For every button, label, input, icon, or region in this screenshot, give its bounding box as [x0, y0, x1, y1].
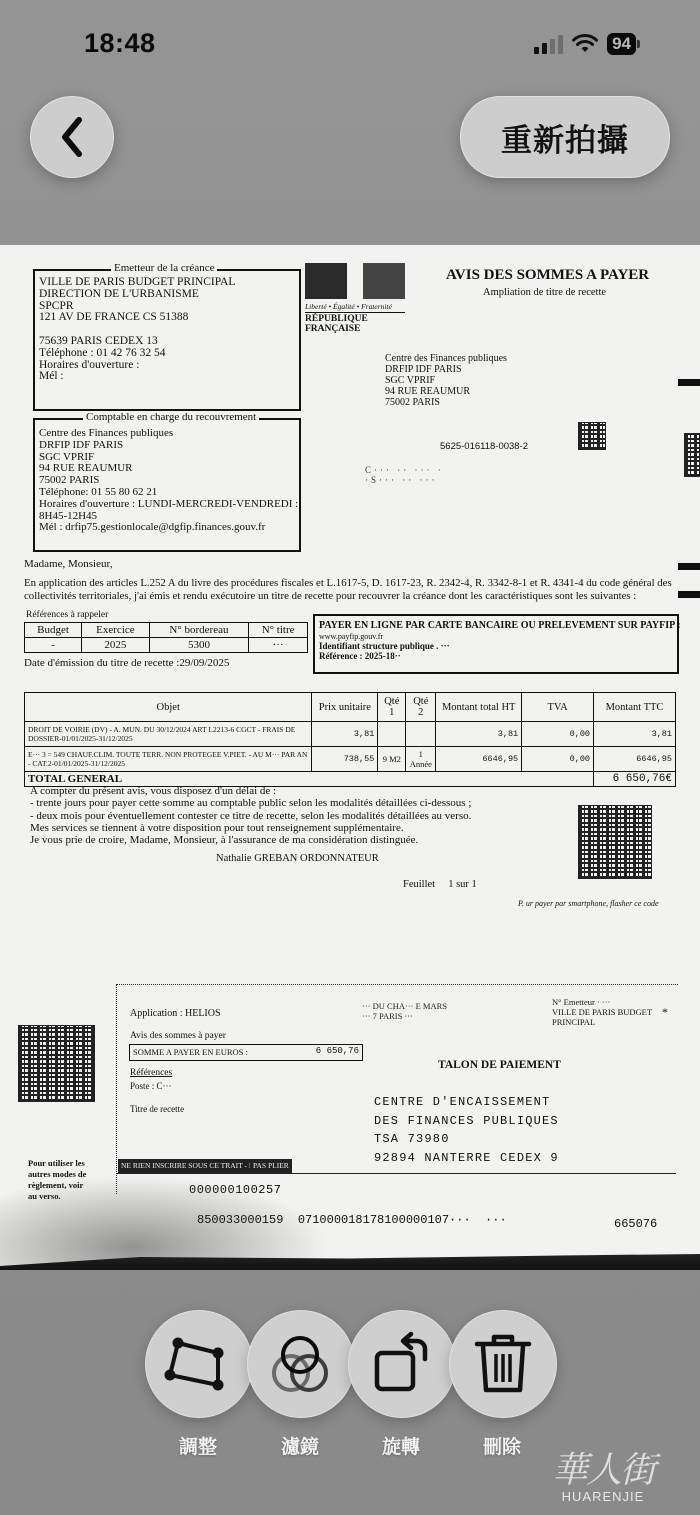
amount-label: SOMME A PAYER EN EUROS :	[133, 1047, 248, 1057]
reference-code: 5625-016118-0038-2	[440, 441, 528, 452]
item-cell: 6646,95	[436, 747, 522, 772]
avis-label: Avis des sommes à payer	[130, 1031, 226, 1041]
accountant-box: Comptable en charge du recouvrement Cent…	[33, 418, 301, 552]
rotate-label: 旋轉	[348, 1432, 454, 1459]
emitter-line: VILLE DE PARIS BUDGET	[552, 1007, 652, 1017]
status-icons: 94	[534, 33, 640, 55]
encashment-line: 92894 NANTERRE CEDEX 9	[374, 1149, 559, 1168]
item-cell	[378, 722, 406, 747]
item-cell	[406, 722, 436, 747]
issue-date: Date d'émission du titre de recette :29/…	[24, 657, 229, 669]
datamatrix-code-payment	[578, 805, 652, 879]
battery-level: 94	[607, 33, 636, 55]
do-not-write-strip: NE RIEN INSCRIRE SOUS CE TRAIT - N	[118, 1159, 257, 1173]
debtor-line: ··· DU CHA··· E MARS	[362, 1001, 447, 1011]
center-line: Centre des Finances publiques	[385, 353, 507, 364]
items-header: Qté 1	[378, 693, 406, 722]
items-header: Objet	[25, 693, 312, 722]
battery-icon: 94	[607, 33, 640, 55]
do-not-fold-strip: PAS PLIER	[250, 1159, 292, 1173]
encashment-center-address: CENTRE D'ENCAISSEMENTDES FINANCES PUBLIQ…	[374, 1093, 559, 1167]
refs-header: N° bordereau	[149, 623, 249, 638]
center-line: DRFIP IDF PARIS	[385, 364, 507, 375]
edge-mark	[678, 563, 700, 570]
item-object: E··· 3 = 549 CHAUF.CLIM. TOUTE TERR. NON…	[25, 747, 312, 772]
item-cell: 3,81	[594, 722, 676, 747]
refs-header: Budget	[25, 623, 82, 638]
items-header: Montant TTC	[594, 693, 676, 722]
refs-heading: Références	[130, 1068, 172, 1078]
refs-header: Exercice	[82, 623, 150, 638]
trash-icon	[473, 1332, 533, 1396]
slip-code-3: 665076	[614, 1217, 657, 1231]
do-not-write-line	[116, 1173, 676, 1174]
accountant-line: Mél : drfip75.gestionlocale@dgfip.financ…	[39, 522, 299, 534]
item-cell: 0,00	[522, 722, 594, 747]
emitter-line: PRINCIPAL	[552, 1017, 652, 1027]
document-scan-review-screen: 18:48 94 重新拍攝 Emetteur de la créance VIL…	[0, 0, 700, 1515]
signatory: Nathalie GREBAN ORDONNATEUR	[216, 853, 379, 864]
adjust-button[interactable]	[145, 1310, 253, 1418]
item-cell: 0,00	[522, 747, 594, 772]
scanned-document: Emetteur de la créance VILLE DE PARIS BU…	[0, 245, 700, 1270]
refs-label: Références à rappeler	[26, 610, 108, 620]
star-mark: *	[662, 1005, 668, 1020]
slip-code-1: 000000100257	[189, 1183, 281, 1197]
cellular-signal-icon	[534, 34, 563, 54]
titre-label: Titre de recette	[130, 1104, 184, 1114]
payfip-reference: Référence : 2025-18··	[315, 651, 677, 661]
encashment-line: TSA 73980	[374, 1130, 559, 1149]
recipient-center-address: Centre des Finances publiquesDRFIP IDF P…	[385, 353, 507, 408]
logo-motto: Liberté • Égalité • Fraternité	[305, 302, 392, 311]
payfip-box: PAYER EN LIGNE PAR CARTE BANCAIRE OU PRE…	[313, 614, 679, 674]
accountant-legend: Comptable en charge du recouvrement	[83, 411, 259, 423]
amount-value: 6 650,76	[316, 1046, 359, 1056]
center-line: 75002 PARIS	[385, 397, 507, 408]
chevron-left-icon	[57, 115, 87, 159]
smartphone-note: P. ur payer par smartphone, flasher ce c…	[518, 899, 659, 908]
delete-label: 刪除	[449, 1432, 555, 1459]
notice-line: - deux mois pour éventuellement conteste…	[30, 810, 471, 822]
notice-line: Mes services se tiennent à votre disposi…	[30, 822, 471, 834]
status-time: 18:48	[84, 28, 156, 59]
wifi-icon	[572, 34, 598, 54]
notice-line: A compter du présent avis, vous disposez…	[30, 785, 471, 797]
issuer-line: DIRECTION DE L'URBANISME	[39, 289, 299, 301]
accountant-line: Téléphone: 01 55 80 62 21	[39, 487, 299, 499]
items-table: ObjetPrix unitaireQté 1Qté 2Montant tota…	[24, 692, 676, 787]
refs-value: 5300	[149, 638, 249, 653]
item-cell: 3,81	[436, 722, 522, 747]
refs-value: ···	[249, 638, 308, 653]
accountant-line: DRFIP IDF PARIS	[39, 440, 299, 452]
amount-box: SOMME A PAYER EN EUROS : 6 650,76	[129, 1044, 363, 1061]
items-header: Montant total HT	[436, 693, 522, 722]
talon-title: TALON DE PAIEMENT	[438, 1059, 561, 1071]
accountant-address: Centre des Finances publiquesDRFIP IDF P…	[35, 420, 299, 534]
issuer-legend: Emetteur de la créance	[111, 262, 217, 274]
center-line: SGC VPRIF	[385, 375, 507, 386]
items-header: Qté 2	[406, 693, 436, 722]
table-row: E··· 3 = 549 CHAUF.CLIM. TOUTE TERR. NON…	[25, 747, 676, 772]
payfip-url[interactable]: www.payfip.gouv.fr	[315, 631, 677, 641]
item-object: DROIT DE VOIRIE (DV) - A. MUN. DU 30/12/…	[25, 722, 312, 747]
redacted-address: C··· ·· ··· ··S··· ·· ···	[365, 465, 444, 485]
datamatrix-code-edge	[684, 433, 700, 477]
watermark-cn: 華人街	[552, 1442, 654, 1493]
issuer-line: 75639 PARIS CEDEX 13	[39, 336, 299, 348]
document-subtitle: Ampliation de titre de recette	[483, 287, 606, 298]
notice-line: - trente jours pour payer cette somme au…	[30, 797, 471, 809]
item-cell: 3,81	[312, 722, 378, 747]
payfip-structure-id: Identifiant structure publique . ···	[315, 641, 677, 651]
emitter-line: N° Emetteur · ···	[552, 997, 652, 1007]
notice-line: Je vous prie de croire, Madame, Monsieur…	[30, 834, 471, 846]
total-value: 6 650,76€	[594, 772, 676, 787]
accountant-line: Horaires d'ouverture : LUNDI-MERCREDI-VE…	[39, 499, 299, 511]
cut-line	[116, 984, 678, 985]
adjust-label: 調整	[145, 1432, 251, 1459]
notice-paragraph: A compter du présent avis, vous disposez…	[30, 785, 471, 846]
issuer-line: Téléphone : 01 42 76 32 54	[39, 348, 299, 360]
document-title: AVIS DES SOMMES A PAYER	[446, 267, 649, 284]
payment-modes-line: Pour utiliser les	[28, 1158, 86, 1169]
references-table: BudgetExerciceN° bordereauN° titre -2025…	[24, 622, 308, 653]
debtor-address: ··· DU CHA··· E MARS··· 7 PARIS ···	[362, 1001, 447, 1021]
items-header: Prix unitaire	[312, 693, 378, 722]
issuer-line: Horaires d'ouverture :	[39, 360, 299, 372]
huarenjie-watermark: 華人街 HUARENJIE	[552, 1442, 654, 1504]
cut-line	[116, 984, 117, 1194]
issuer-box: Emetteur de la créance VILLE DE PARIS BU…	[33, 269, 301, 411]
rotate-icon	[369, 1331, 435, 1397]
datamatrix-code-slip	[18, 1025, 95, 1102]
application-label: Application : HELIOS	[130, 1008, 221, 1019]
issuer-address: VILLE DE PARIS BUDGET PRINCIPALDIRECTION…	[35, 271, 299, 383]
filters-label: 濾鏡	[247, 1432, 353, 1459]
greeting: Madame, Monsieur,	[24, 558, 112, 570]
crop-adjust-icon	[164, 1333, 234, 1395]
center-line: 94 RUE REAUMUR	[385, 386, 507, 397]
item-cell: 6646,95	[594, 747, 676, 772]
item-cell: 9 M2	[378, 747, 406, 772]
payfip-title: PAYER EN LIGNE PAR CARTE BANCAIRE OU PRE…	[315, 616, 677, 631]
refs-value: 2025	[82, 638, 150, 653]
edge-mark	[678, 591, 700, 598]
filters-button[interactable]	[247, 1310, 355, 1418]
retake-button[interactable]: 重新拍攝	[460, 96, 670, 178]
sheet-number: Feuillet 1 sur 1	[403, 879, 477, 890]
datamatrix-code-small	[578, 422, 606, 450]
item-cell: 1 Année	[406, 747, 436, 772]
refs-value: -	[25, 638, 82, 653]
rotate-button[interactable]	[348, 1310, 456, 1418]
marianne-logo	[305, 263, 405, 299]
emitter-info: N° Emetteur · ···VILLE DE PARIS BUDGETPR…	[552, 997, 652, 1027]
encashment-line: DES FINANCES PUBLIQUES	[374, 1112, 559, 1131]
issuer-line: Mél :	[39, 371, 299, 383]
items-header: TVA	[522, 693, 594, 722]
intro-paragraph: En application des articles L.252 A du l…	[24, 577, 674, 602]
item-cell: 738,55	[312, 747, 378, 772]
table-row: DROIT DE VOIRIE (DV) - A. MUN. DU 30/12/…	[25, 722, 676, 747]
debtor-line: ··· 7 PARIS ···	[362, 1011, 447, 1021]
encashment-line: CENTRE D'ENCAISSEMENT	[374, 1093, 559, 1112]
slip-code-2: 850033000159 071000018178100000107··· ··…	[197, 1213, 507, 1227]
delete-button[interactable]	[449, 1310, 557, 1418]
back-button[interactable]	[30, 96, 114, 178]
edge-mark	[678, 379, 700, 386]
issuer-line: 121 AV DE FRANCE CS 51388	[39, 312, 299, 324]
filters-icon	[266, 1331, 336, 1397]
poste: Poste : C···	[130, 1081, 172, 1091]
refs-header: N° titre	[249, 623, 308, 638]
logo-name: RÉPUBLIQUE FRANÇAISE	[305, 312, 405, 334]
